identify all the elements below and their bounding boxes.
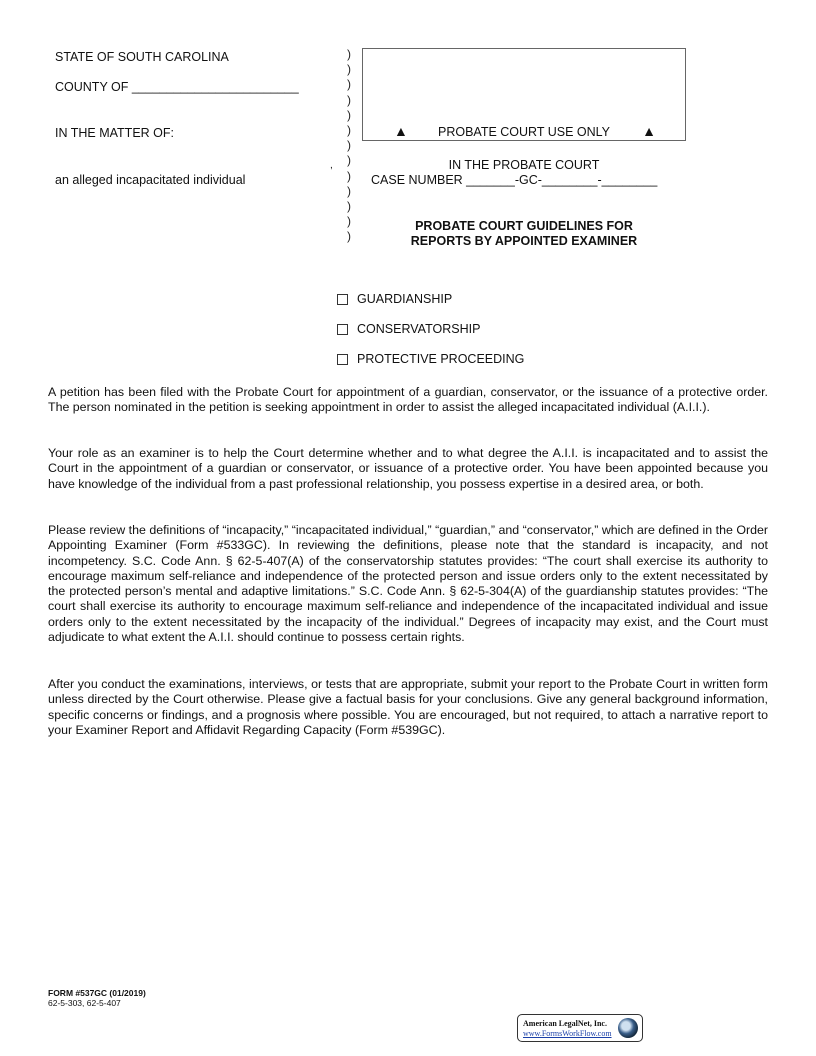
state-label: STATE OF SOUTH CAROLINA — [55, 50, 229, 64]
globe-logo-icon — [618, 1018, 638, 1038]
form-number: FORM #537GC (01/2019) — [48, 988, 146, 998]
matter-label: IN THE MATTER OF: — [55, 126, 174, 140]
arrow-up-icon: ▲ — [642, 124, 656, 138]
name-field-comma[interactable]: , — [330, 160, 333, 171]
checkbox-conservatorship[interactable]: CONSERVATORSHIP — [337, 322, 480, 336]
publisher-badge[interactable]: American LegalNet, Inc. www.FormsWorkFlo… — [517, 1014, 643, 1042]
county-field[interactable]: COUNTY OF ________________________ — [55, 80, 299, 94]
paragraph-petition: A petition has been filed with the Proba… — [48, 385, 768, 416]
paragraph-definitions: Please review the definitions of “incapa… — [48, 523, 768, 645]
individual-label: an alleged incapacitated individual — [55, 173, 245, 187]
paragraph-report-instructions: After you conduct the examinations, inte… — [48, 677, 768, 738]
caption-divider: ))) ))) ))) ))) ) — [347, 47, 357, 244]
statute-codes: 62-5-303, 62-5-407 — [48, 998, 146, 1008]
probate-court-use-box: ▲ PROBATE COURT USE ONLY ▲ — [362, 48, 686, 141]
court-name: IN THE PROBATE COURT — [362, 158, 686, 172]
case-number-field[interactable]: CASE NUMBER _______-GC-________-________ — [371, 173, 691, 187]
publisher-name: American LegalNet, Inc. — [523, 1019, 607, 1028]
checkbox-icon[interactable] — [337, 324, 348, 335]
checkbox-icon[interactable] — [337, 294, 348, 305]
publisher-link[interactable]: www.FormsWorkFlow.com — [523, 1029, 612, 1038]
checkbox-guardianship[interactable]: GUARDIANSHIP — [337, 292, 452, 306]
page-title: PROBATE COURT GUIDELINES FOR REPORTS BY … — [362, 219, 686, 249]
checkbox-protective-proceeding[interactable]: PROTECTIVE PROCEEDING — [337, 352, 524, 366]
court-use-label: PROBATE COURT USE ONLY — [363, 125, 685, 139]
checkbox-icon[interactable] — [337, 354, 348, 365]
form-footer: FORM #537GC (01/2019) 62-5-303, 62-5-407 — [48, 988, 146, 1008]
paragraph-examiner-role: Your role as an examiner is to help the … — [48, 446, 768, 492]
